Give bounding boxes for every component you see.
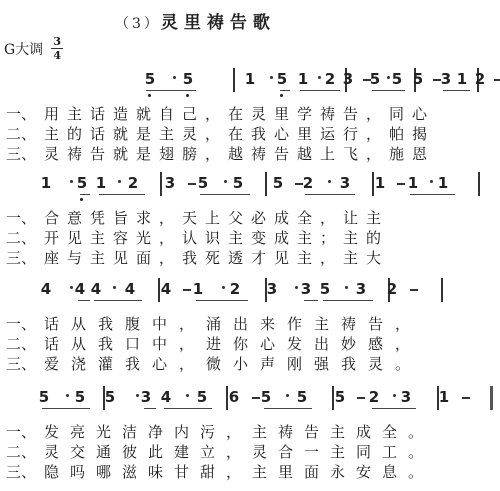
note: 5 <box>333 388 347 406</box>
verse-label: 二、 <box>6 444 36 461</box>
low-octave-dot <box>280 94 283 97</box>
note: 2 <box>323 70 337 88</box>
verse-label: 二、 <box>6 126 36 143</box>
underline-beam <box>196 300 248 301</box>
low-octave-dot <box>186 94 189 97</box>
note: 5 <box>318 280 332 298</box>
verse-label: 一、 <box>6 316 36 333</box>
note: 1 <box>455 70 469 88</box>
note: 1 <box>39 174 53 192</box>
dotted-rhythm-dot <box>118 180 121 183</box>
verse-label: 一、 <box>6 424 36 441</box>
note: 5 <box>181 70 195 88</box>
dotted-rhythm-dot <box>186 394 189 397</box>
sustain-dash <box>462 397 470 399</box>
underline-beam <box>78 300 90 301</box>
underline-beam <box>42 408 90 409</box>
note: 4 <box>39 280 53 298</box>
underline-beam <box>80 194 90 195</box>
note: 3 <box>399 388 413 406</box>
sustain-dash <box>494 79 500 81</box>
note: 5 <box>37 388 51 406</box>
underline-beam <box>280 90 290 91</box>
lyric-text: 话从我腹中，涌出来作主祷告， <box>44 316 422 333</box>
note: 5 <box>259 388 273 406</box>
note: 5 <box>143 70 157 88</box>
notation-line: 5515123555312 <box>0 66 500 106</box>
note: 1 <box>406 174 420 192</box>
final-barline <box>490 386 493 410</box>
note: 5 <box>103 388 117 406</box>
lyric-text: 开见主容光，认识主变成主；主的 <box>44 230 389 247</box>
lyric-text: 座与主见面，我死透才见主，主大 <box>44 250 389 267</box>
notation-line: 5553456555231 <box>0 384 500 424</box>
low-octave-dot <box>148 94 151 97</box>
lyric-text: 合意凭旨求，天上父必成全，让主 <box>44 210 389 227</box>
note: 2 <box>228 280 242 298</box>
barline <box>441 278 443 302</box>
underline-beam <box>323 300 373 301</box>
low-octave-dot <box>80 198 83 201</box>
note: 1 <box>94 174 108 192</box>
underline-beam <box>372 408 416 409</box>
dotted-rhythm-dot <box>393 394 396 397</box>
lyric-text: 隐吗哪滋味甘甜，主里面永安息。 <box>44 464 434 481</box>
verse-label: 三、 <box>6 464 36 481</box>
note: 3 <box>265 280 279 298</box>
dotted-rhythm-dot <box>66 394 69 397</box>
note: 4 <box>123 280 137 298</box>
note: 5 <box>295 388 309 406</box>
lyric-text: 发亮光洁净内污，主祷告主成全。 <box>44 424 434 441</box>
dotted-rhythm-dot <box>286 394 289 397</box>
underline-beam <box>146 90 196 91</box>
note: 5 <box>411 70 425 88</box>
barline <box>478 172 480 196</box>
notation-line: 444441233532 <box>0 276 500 316</box>
note: 3 <box>439 70 453 88</box>
lyric-text: 用主话造就自己，在灵里学祷告，同心 <box>44 106 435 123</box>
note: 2 <box>126 174 140 192</box>
dotted-rhythm-dot <box>224 180 227 183</box>
sustain-dash <box>357 397 365 399</box>
note: 5 <box>231 174 245 192</box>
note: 3 <box>341 70 355 88</box>
underline-beam <box>300 90 340 91</box>
note: 1 <box>373 174 387 192</box>
note: 4 <box>159 388 173 406</box>
underline-beam <box>94 300 142 301</box>
note: 6 <box>227 388 241 406</box>
barline <box>233 68 235 92</box>
verse-label: 三、 <box>6 250 36 267</box>
note: 2 <box>367 388 381 406</box>
dotted-rhythm-dot <box>345 286 348 289</box>
dotted-rhythm-dot <box>270 76 273 79</box>
note: 2 <box>301 174 315 192</box>
dotted-rhythm-dot <box>113 286 116 289</box>
note: 5 <box>195 388 209 406</box>
note: 1 <box>243 70 257 88</box>
dotted-rhythm-dot <box>318 76 321 79</box>
dotted-rhythm-dot <box>70 180 73 183</box>
dotted-rhythm-dot <box>173 76 176 79</box>
note: 3 <box>354 280 368 298</box>
note: 2 <box>473 70 487 88</box>
verse-label: 二、 <box>6 336 36 353</box>
notation-line: 1512355523111 <box>0 170 500 210</box>
note: 2 <box>385 280 399 298</box>
note: 1 <box>437 388 451 406</box>
verse-label: 一、 <box>6 106 36 123</box>
underline-beam <box>144 408 156 409</box>
lyric-text: 话从我口中，进你心发出妙感， <box>44 336 422 353</box>
dotted-rhythm-dot <box>222 286 225 289</box>
underline-beam <box>304 300 318 301</box>
underline-beam <box>164 408 212 409</box>
note: 3 <box>163 174 177 192</box>
note: 1 <box>436 174 450 192</box>
barline <box>265 172 267 196</box>
verse-label: 二、 <box>6 230 36 247</box>
note: 3 <box>299 280 313 298</box>
note: 5 <box>390 70 404 88</box>
key-label: G大调 <box>4 39 43 59</box>
note: 1 <box>191 280 205 298</box>
note: 3 <box>139 388 153 406</box>
underline-beam <box>264 408 312 409</box>
note: 4 <box>89 280 103 298</box>
note: 5 <box>196 174 210 192</box>
note: 5 <box>271 174 285 192</box>
song-title: （3）灵里祷告歌 <box>115 8 276 33</box>
sustain-dash <box>183 289 191 291</box>
underline-beam <box>410 194 455 195</box>
verse-label: 三、 <box>6 356 36 373</box>
note: 5 <box>75 174 89 192</box>
underline-beam <box>305 194 355 195</box>
sustain-dash <box>397 183 405 185</box>
sustain-dash <box>410 289 418 291</box>
song-title-text: 灵里祷告歌 <box>161 13 276 33</box>
note: 1 <box>296 70 310 88</box>
underline-beam <box>372 90 405 91</box>
lyric-text: 灵祷告就是翅膀，越祷告越上飞，施恩 <box>44 146 435 163</box>
note: 5 <box>368 70 382 88</box>
verse-label: 一、 <box>6 210 36 227</box>
key-signature: G大调 3 4 <box>4 36 63 61</box>
sustain-dash <box>188 183 196 185</box>
time-signature: 3 4 <box>51 36 63 61</box>
song-number: （3） <box>115 16 161 32</box>
lyric-text: 主的话就是主灵，在我心里运行，帕揭 <box>44 126 435 143</box>
underline-beam <box>443 90 470 91</box>
barline <box>160 172 162 196</box>
note: 3 <box>338 174 352 192</box>
dotted-rhythm-dot <box>328 180 331 183</box>
lyric-text: 爱浇灌我心，微小声刚强我灵。 <box>44 356 422 373</box>
underline-beam <box>99 194 145 195</box>
note: 5 <box>275 70 289 88</box>
underline-beam <box>200 194 250 195</box>
note: 5 <box>73 388 87 406</box>
note: 4 <box>159 280 173 298</box>
note: 4 <box>73 280 87 298</box>
dotted-rhythm-dot <box>295 286 298 289</box>
dotted-rhythm-dot <box>430 180 433 183</box>
lyric-text: 灵交通彼此建立，灵合一主同工。 <box>44 444 434 461</box>
verse-label: 三、 <box>6 146 36 163</box>
